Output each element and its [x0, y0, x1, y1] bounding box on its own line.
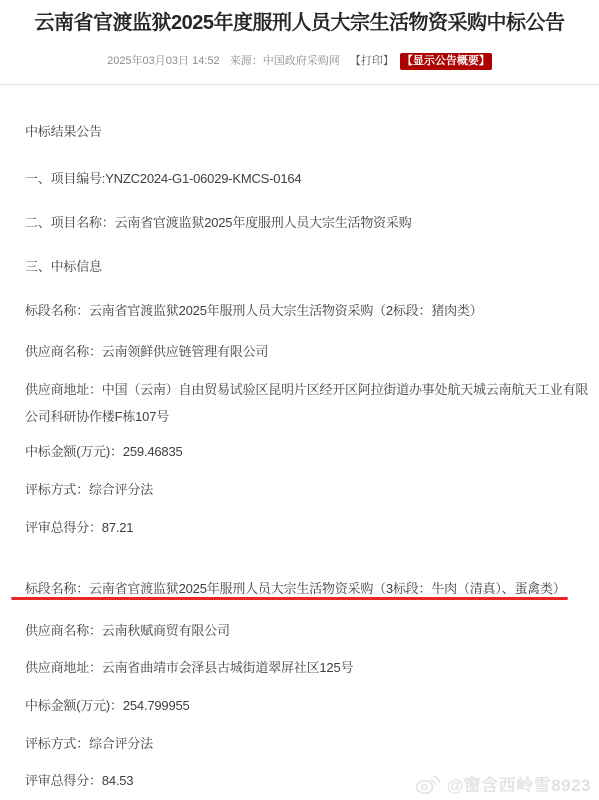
lot2-address-line1: 供应商地址：中国（云南）自由贸易试验区昆明片区经开区阿拉街道办事处航天城云南航天… [25, 382, 588, 397]
project-number: 一、项目编号:YNZC2024-G1-06029-KMCS-0164 [25, 165, 591, 192]
lot3-supplier-address: 供应商地址：云南省曲靖市会泽县古城街道翠屏社区125号 [25, 654, 591, 681]
watermark-handle: @窗含西岭雪8923 [447, 771, 591, 796]
print-button[interactable]: 【打印】 [350, 55, 394, 67]
result-heading: 中标结果公告 [25, 118, 591, 145]
announcement-page: 云南省官渡监狱2025年度服刑人员大宗生活物资采购中标公告 2025年03月03… [0, 0, 599, 800]
lot2-supplier-name: 供应商名称：云南领鲜供应链管理有限公司 [25, 338, 591, 365]
announcement-header: 云南省官渡监狱2025年度服刑人员大宗生活物资采购中标公告 2025年03月03… [0, 0, 599, 70]
announcement-body: 中标结果公告 一、项目编号:YNZC2024-G1-06029-KMCS-016… [0, 85, 599, 794]
source-name: 中国政府采购网 [263, 55, 340, 67]
lot2-supplier-address: 供应商地址：中国（云南）自由贸易试验区昆明片区经开区阿拉街道办事处航天城云南航天… [25, 376, 591, 430]
lot3-bid-amount: 中标金额(万元)：254.799955 [25, 692, 591, 719]
lot2-total-score: 评审总得分：87.21 [25, 514, 591, 541]
publish-datetime: 2025年03月03日 14:52 [107, 55, 220, 67]
lot3-name: 标段名称：云南省官渡监狱2025年服刑人员大宗生活物资采购（3标段：牛肉（清真）… [25, 575, 591, 602]
bid-info-heading: 三、中标信息 [25, 253, 591, 280]
project-name: 二、项目名称：云南省官渡监狱2025年度服刑人员大宗生活物资采购 [25, 209, 591, 236]
red-underline-highlight [11, 597, 568, 600]
show-summary-button[interactable]: 【显示公告概要】 [400, 53, 492, 70]
lot2-address-line2: 公司科研协作楼F栋107号 [25, 409, 169, 424]
lot3-name-text: 标段名称：云南省官渡监狱2025年服刑人员大宗生活物资采购（3标段：牛肉（清真）… [25, 581, 566, 596]
meta-bar: 2025年03月03日 14:52 来源：中国政府采购网 【打印】 【显示公告概… [0, 53, 599, 70]
lot3-evaluation-method: 评标方式：综合评分法 [25, 730, 591, 757]
lot2-name: 标段名称：云南省官渡监狱2025年服刑人员大宗生活物资采购（2标段：猪肉类） [25, 297, 591, 324]
weibo-icon [414, 772, 442, 796]
lot2-bid-amount: 中标金额(万元)：259.46835 [25, 438, 591, 465]
lot2-evaluation-method: 评标方式：综合评分法 [25, 476, 591, 503]
watermark: @窗含西岭雪8923 [414, 771, 591, 796]
source-label: 来源： [230, 55, 263, 67]
page-title: 云南省官渡监狱2025年度服刑人员大宗生活物资采购中标公告 [0, 9, 599, 37]
lot3-supplier-name: 供应商名称：云南秋赋商贸有限公司 [25, 617, 591, 644]
